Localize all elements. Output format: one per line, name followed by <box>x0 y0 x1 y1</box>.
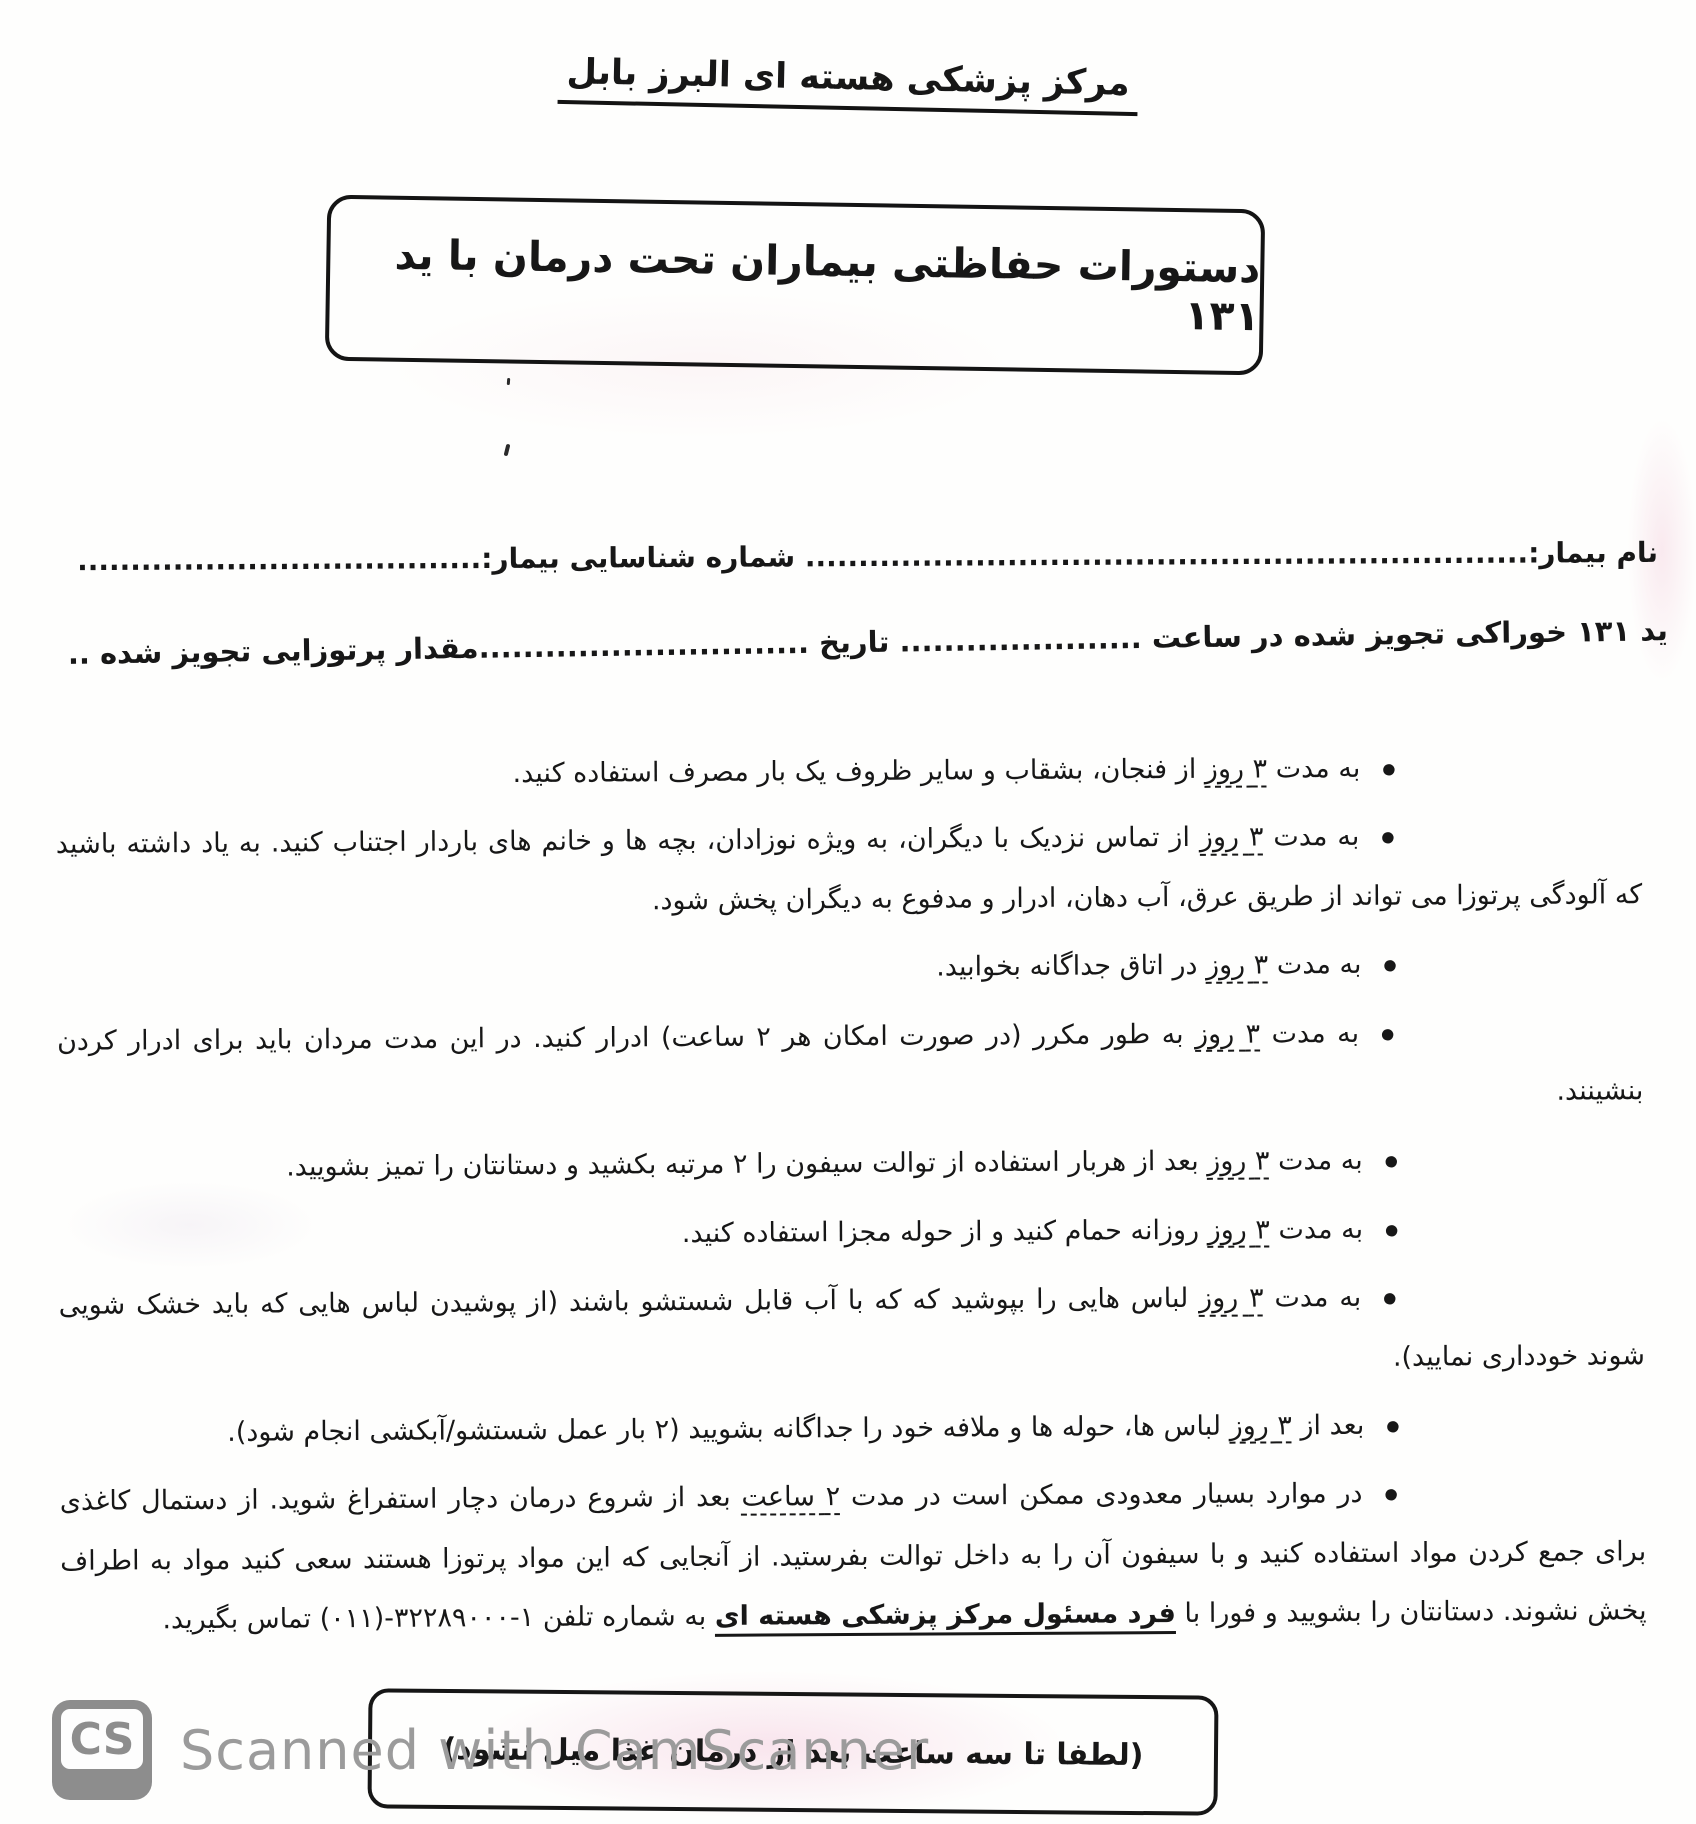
instruction-text: به مدت <box>1270 1214 1363 1246</box>
scanned-document-page: مرکز پزشکی هسته ای البرز بابل دستورات حف… <box>0 0 1696 1824</box>
patient-name-blank: ........................................… <box>805 537 1528 574</box>
dose-date-label: تاریخ <box>809 625 900 660</box>
instruction-text: به مدت <box>1263 1282 1361 1314</box>
dose-time-blank: ...................... <box>899 621 1142 659</box>
camscanner-watermark: CS Scanned with CamScanner <box>52 1700 929 1800</box>
duration-underline: ۳ روز <box>1200 822 1264 853</box>
instruction-text: به مدت <box>1269 1145 1362 1177</box>
duration-underline: ۳ روز <box>1206 950 1268 981</box>
bullet-icon: ● <box>1384 1485 1399 1503</box>
bullet-icon: ● <box>1385 1152 1398 1170</box>
instruction-text: روزانه حمام کنید و از حوله مجزا استفاده … <box>682 1215 1208 1249</box>
instruction-text: به مدت <box>1267 753 1360 785</box>
patient-id-label: شماره شناسایی بیمار: <box>481 540 805 575</box>
phone-number: (۰۱۱)-۳۲۲۸۹۰۰۰-۱ <box>320 1602 535 1634</box>
bullet-icon: ● <box>1383 956 1396 974</box>
instruction-text: در اتاق جداگانه بخوابید. <box>936 950 1206 983</box>
duration-underline: ۳ روز <box>1195 1018 1260 1049</box>
instruction-text: به مدت <box>1260 1017 1359 1049</box>
instruction-item-frequent-urination: ●به مدت ۳ روز به طور مکرر (در صورت امکان… <box>57 1002 1644 1130</box>
instruction-text: از فنجان، بشقاب و سایر ظروف یک بار مصرف … <box>512 754 1204 789</box>
instruction-text: لباس ها، حوله ها و ملافه خود را جداگانه … <box>227 1411 1230 1448</box>
duration-underline: ۳ روز <box>1207 1146 1269 1177</box>
scan-speck <box>504 444 511 457</box>
duration-underline: ۳ روز <box>1208 1214 1270 1245</box>
instruction-text: به مدت <box>1268 949 1361 981</box>
dose-date-blank: .............................. <box>478 626 809 665</box>
instruction-text: لباس هایی را بپوشید که که با آب قابل شست… <box>59 1283 1646 1372</box>
patient-info-line: نام بیمار:..............................… <box>80 536 1658 577</box>
camscanner-watermark-text: Scanned with CamScanner <box>180 1719 929 1782</box>
bullet-icon: ● <box>1382 760 1395 778</box>
document-title-box: دستورات حفاظتی بیماران تحت درمان با ید ۱… <box>325 195 1265 376</box>
instruction-item-separate-room: ●به مدت ۳ روز در اتاق جداگانه بخوابید. <box>56 933 1642 1002</box>
instruction-item-avoid-contact: ●به مدت ۳ روز از تماس نزدیک با دیگران، ب… <box>56 806 1643 934</box>
dose-info-line: ید ۱۳۱ خوراکی تجویز شده در ساعت ........… <box>70 613 1668 671</box>
instruction-text: به شماره تلفن <box>534 1601 715 1633</box>
dose-amount-blank: ................ <box>70 637 90 671</box>
dose-time-label: ید ۱۳۱ خوراکی تجویز شده در ساعت <box>1142 613 1669 655</box>
bullet-icon: ● <box>1386 1417 1399 1435</box>
instruction-text: تماس بگیرید. <box>162 1603 319 1635</box>
instruction-text: در موارد بسیار معدودی ممکن است در مدت <box>840 1478 1362 1512</box>
instructions-list: ●به مدت ۳ روز از فنجان، بشقاب و سایر ظرو… <box>55 737 1647 1659</box>
duration-underline: ۳ روز <box>1199 1283 1264 1314</box>
instruction-item-flush-twice: ●به مدت ۳ روز بعد از هربار استفاده از تو… <box>58 1130 1644 1199</box>
camscanner-logo-letters: CS <box>61 1709 143 1769</box>
clinic-name: مرکز پزشکی هسته ای البرز بابل <box>558 52 1138 116</box>
dose-amount-label: مقدار پرتوزایی تجویز شده <box>90 631 479 671</box>
patient-name-label: نام بیمار: <box>1528 536 1658 570</box>
instruction-item-washable-clothes: ●به مدت ۳ روز لباس هایی را بپوشید که که … <box>58 1266 1645 1394</box>
duration-underline: ۳ روز <box>1230 1410 1292 1441</box>
instruction-text: از تماس نزدیک با دیگران، به ویژه نوزادان… <box>56 822 1643 916</box>
hours-underline: ۲ ساعت <box>741 1481 840 1513</box>
bullet-icon: ● <box>1383 1289 1398 1307</box>
instruction-text: بعد از هربار استفاده از توالت سیفون را ۲… <box>286 1146 1207 1183</box>
patient-id-blank: ........................................… <box>80 542 481 577</box>
instruction-item-vomiting-emergency: ●در موارد بسیار معدودی ممکن است در مدت ۲… <box>60 1462 1647 1650</box>
bullet-icon: ● <box>1385 1220 1398 1238</box>
duration-underline: ۳ روز <box>1205 753 1267 784</box>
instruction-text: به طور مکرر (در صورت امکان هر ۲ ساعت) اد… <box>57 1018 1644 1106</box>
scan-speck <box>507 378 510 385</box>
instruction-item-wash-separately: ●بعد از ۳ روز لباس ها، حوله ها و ملافه خ… <box>59 1394 1645 1463</box>
instruction-item-disposable-dishes: ●به مدت ۳ روز از فنجان، بشقاب و سایر ظرو… <box>55 737 1641 806</box>
bullet-icon: ● <box>1381 828 1396 846</box>
instruction-text: به مدت <box>1263 821 1359 853</box>
bullet-icon: ● <box>1381 1024 1397 1042</box>
contact-person-underline: فرد مسئول مرکز پزشکی هسته ای <box>715 1598 1176 1632</box>
instruction-item-daily-shower: ●به مدت ۳ روز روزانه حمام کنید و از حوله… <box>58 1198 1644 1267</box>
document-title: دستورات حفاظتی بیماران تحت درمان با ید ۱… <box>329 230 1260 341</box>
instruction-text: بعد از <box>1292 1410 1365 1441</box>
camscanner-logo-icon: CS <box>52 1700 152 1800</box>
clinic-header: مرکز پزشکی هسته ای البرز بابل <box>0 40 1696 128</box>
